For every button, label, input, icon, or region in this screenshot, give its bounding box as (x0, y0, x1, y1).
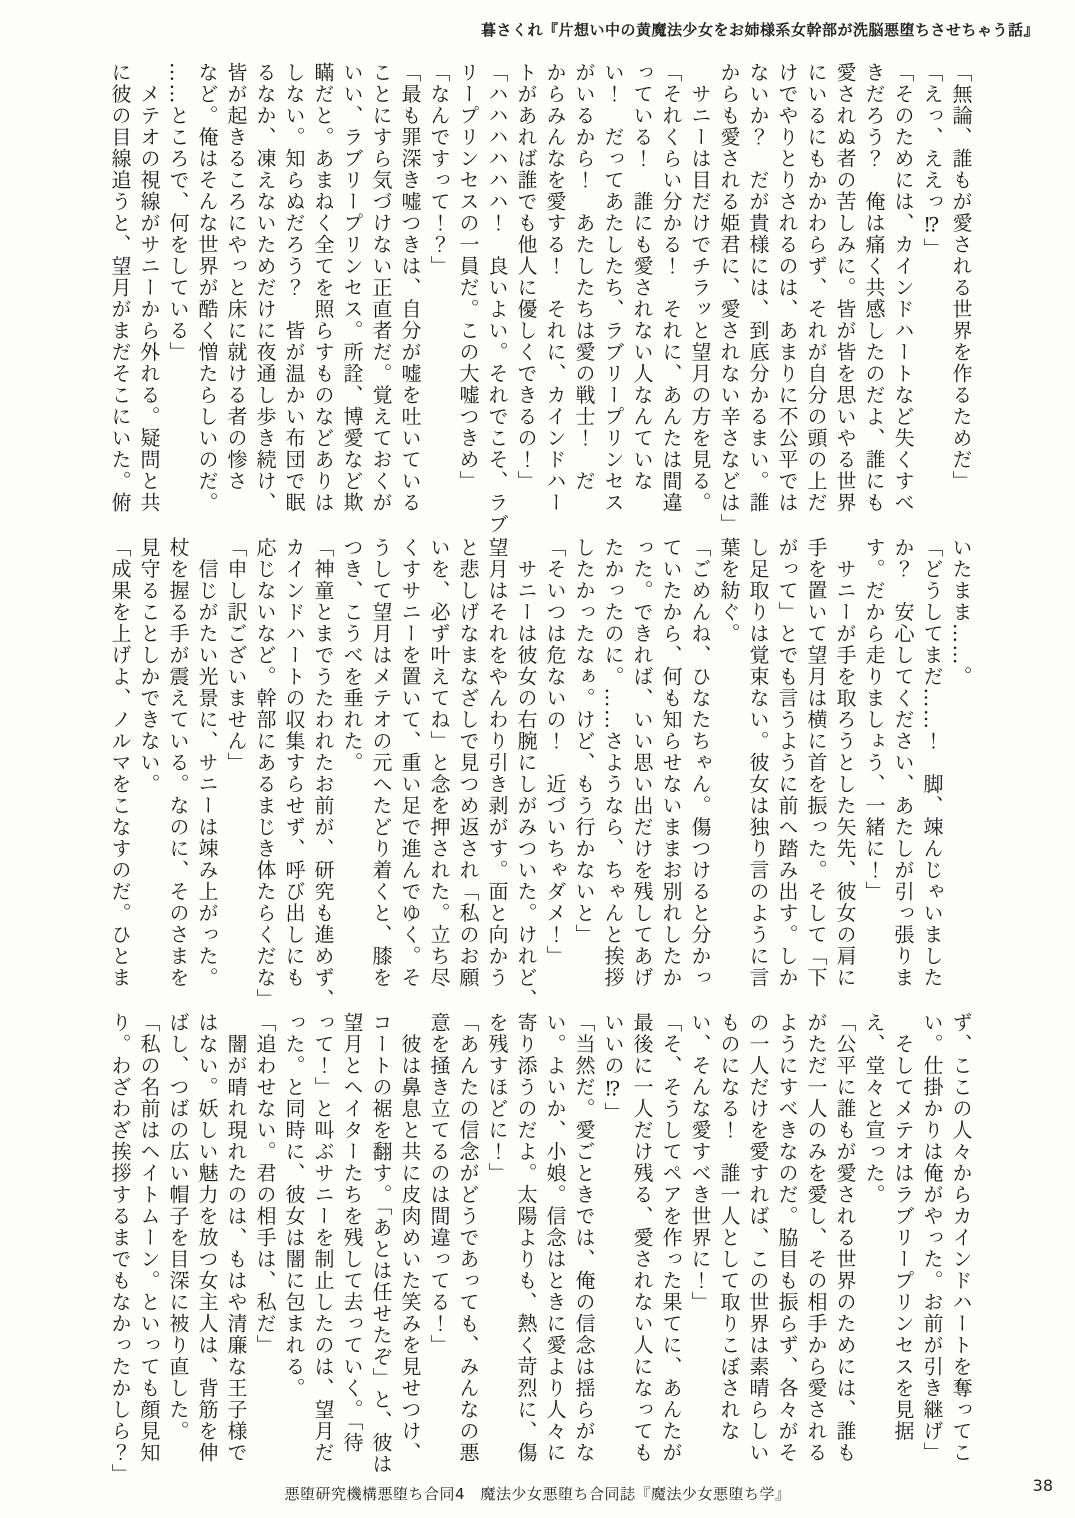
text-column: いいの⁉」 (598, 1012, 627, 1490)
text-column: い。よいか、小娘。信念はときに愛より人々に (540, 1012, 569, 1490)
text-column: 応じないなど。幹部にあるまじき体たらくだな」 (250, 537, 279, 1015)
text-column: ものになる！ 誰一人として取りこぼされな (714, 1012, 743, 1490)
text-column: 見守ることしかできない。 (134, 537, 163, 1015)
text-column: 寄り添うのだよ。太陽よりも、熱く苛烈に、傷 (511, 1012, 540, 1490)
text-column: 「追わせない。君の相手は、私だ」 (250, 1012, 279, 1490)
text-column: 彼は鼻息と共に皮肉めいた笑みを見せつけ、 (395, 1012, 424, 1490)
text-column: 皆が起きるころにやっと床に就ける者の惨さ (221, 62, 250, 540)
text-column: など。俺はそんな世界が酷く憎たらしいのだ。 (192, 62, 221, 540)
text-column: 「当然だ。愛ごときでは、俺の信念は揺らがな (569, 1012, 598, 1490)
text-column: サニーは彼女の右腕にしがみついた。けれど、 (511, 537, 540, 1015)
text-column: いを、必ず叶えてね」と念を押された。立ち尽 (424, 537, 453, 1015)
text-column: い！ だってあたしたち、ラブリープリンセス (598, 62, 627, 540)
text-column: を残すほどに！」 (482, 1012, 511, 1490)
text-column: リープリンセスの一員だ。この大嘘つきめ」 (453, 62, 482, 540)
text-column: 「あんたの信念がどうであっても、みんなの悪 (453, 1012, 482, 1490)
text-column: いたまま……。 (946, 537, 975, 1015)
text-column: 闇が晴れ現れたのは、もはや清廉な王子様で (221, 1012, 250, 1490)
text-column: 望月はそれをやんわり引き剥がす。面と向かう (482, 537, 511, 1015)
text-column: と悲しげなまなざしで見つめ返され「私のお願 (453, 537, 482, 1015)
text-column: たかったのに。……さようなら、ちゃんと挨拶 (598, 537, 627, 1015)
text-column: カインドハートの収集すらせず、呼び出しにも (279, 537, 308, 1015)
text-column: けでやりとりされるのは、あまりに不公平では (772, 62, 801, 540)
text-column: 「無論、誰もが愛される世界を作るためだ」 (946, 62, 975, 540)
text-column: 「私の名前はヘイトムーン。といっても顔見知 (134, 1012, 163, 1490)
text-column: 愛されぬ者の苦しみに。皆が皆を思いやる世界 (830, 62, 859, 540)
text-column: うして望月はメテオの元へたどり着くと、膝を (366, 537, 395, 1015)
text-column: 瞞だと。あまねく全てを照らすものなどありは (308, 62, 337, 540)
text-column: ようにすべきなのだ。脇目も振らず、各々がそ (772, 1012, 801, 1490)
text-column: したかったなぁ。けど、もう行かないと」 (569, 537, 598, 1015)
text-column: ず、ここの人々からカインドハートを奪ってこ (946, 1012, 975, 1490)
text-column: 「えっ、ええっ⁉」 (917, 62, 946, 540)
text-column: って！」と叫ぶサニーを制止したのは、望月だ (308, 1012, 337, 1490)
text-column: った。と同時に、彼女は闇に包まれる。 (279, 1012, 308, 1490)
text-column: 「どうしてまだ……！ 脚、竦んじゃいました (917, 537, 946, 1015)
text-column: 「そいつは危ないの！ 近づいちゃダメ！」 (540, 537, 569, 1015)
text-column: からみんなを愛する！ それに、カインドハー (540, 62, 569, 540)
text-column: しない。知らぬだろう？ 皆が温かい布団で眠 (279, 62, 308, 540)
text-column: 「ごめんね、ひなたちゃん。傷つけると分かっ (685, 537, 714, 1015)
text-column: メテオの視線がサニーから外れる。疑問と共 (134, 62, 163, 540)
text-column: にいるにもかかわらず、それが自分の頭の上だ (801, 62, 830, 540)
text-column: す。だから走りましょう、一緒に！」 (859, 537, 888, 1015)
text-column: からも愛される姫君に、愛されない辛さなどは」 (714, 62, 743, 540)
text-block-bottom: ず、ここの人々からカインドハートを奪ってこい。仕掛かりは俺がやった。お前が引き継… (101, 1012, 975, 1490)
text-column: り。わざわざ挨拶するまでもなかったかしら？」 (105, 1012, 134, 1490)
text-column: ていたから、何も知らせないままお別れしたか (656, 537, 685, 1015)
text-column: の一人だけを愛すれば、この世界は素晴らしい (743, 1012, 772, 1490)
text-column: トがあれば誰でも他人に優しくできるの！」 (511, 62, 540, 540)
text-column: ことにすら気づけない正直者だ。覚えておくが (366, 62, 395, 540)
footer-publication: 悪堕研究機構悪堕ち合同4 魔法少女悪堕ち合同誌『魔法少女悪堕ち学』 (0, 1483, 1075, 1504)
text-column: 杖を握る手が震えている。なのに、そのさまを (163, 537, 192, 1015)
text-column: いい、ラブリープリンセス。所詮、博愛など欺 (337, 62, 366, 540)
text-column: い、そんな愛すべき世界に！」 (685, 1012, 714, 1490)
text-column: コートの裾を翻す。「あとは任せたぞ」と、彼は (366, 1012, 395, 1490)
text-column: 意を掻き立てるのは間違ってる！」 (424, 1012, 453, 1490)
text-column: 「それくらい分かる！ それに、あんたは間違 (656, 62, 685, 540)
text-column: 「最も罪深き嘘つきは、自分が嘘を吐いている (395, 62, 424, 540)
text-column: そしてメテオはラブリープリンセスを見据 (888, 1012, 917, 1490)
header-credit: 暮さくれ『片想い中の黄魔法少女をお姉様系女幹部が洗脳悪堕ちさせちゃう話』 (481, 19, 1039, 40)
text-column: サニーが手を取ろうとした矢先、彼女の肩に (830, 537, 859, 1015)
text-column: 「神童とまでうたわれたお前が、研究も進めず、 (308, 537, 337, 1015)
text-column: に彼の目線追うと、望月がまだそこにいた。俯 (105, 62, 134, 540)
text-column: はない。妖しい魅力を放つ女主人は、背筋を伸 (192, 1012, 221, 1490)
text-column: 「なんですって！？」 (424, 62, 453, 540)
text-column: い。仕掛かりは俺がやった。お前が引き継げ」 (917, 1012, 946, 1490)
text-column: 「成果を上げよ、ノルマをこなすのだ。ひとま (105, 537, 134, 1015)
text-column: がただ一人のみを愛し、その相手から愛される (801, 1012, 830, 1490)
page-number: 38 (1033, 1476, 1053, 1495)
text-column: がいるから！ あたしたちは愛の戦士！ だ (569, 62, 598, 540)
text-column: 「申し訳ございません」 (221, 537, 250, 1015)
text-column: 葉を紡ぐ。 (714, 537, 743, 1015)
text-column: え、堂々と宣った。 (859, 1012, 888, 1490)
text-column: くすサニーを置いて、重い足で進んでゆく。そ (395, 537, 424, 1015)
text-column: 「そのためには、カインドハートなど失くすべ (888, 62, 917, 540)
text-column: がって」とでも言うように前へ踏み出す。しか (772, 537, 801, 1015)
text-column: か？ 安心してください、あたしが引っ張りま (888, 537, 917, 1015)
text-column: 最後に一人だけ残る、愛されない人になっても (627, 1012, 656, 1490)
text-column: 望月とヘイターたちを残して去っていく。「待 (337, 1012, 366, 1490)
text-block-top: 「無論、誰もが愛される世界を作るためだ」「えっ、ええっ⁉」「そのためには、カイン… (101, 62, 975, 540)
document-page: 暮さくれ『片想い中の黄魔法少女をお姉様系女幹部が洗脳悪堕ちさせちゃう話』 「無論… (0, 0, 1075, 1518)
text-column: った。できれば、いい思い出だけを残してあげ (627, 537, 656, 1015)
text-column: 「ハハハハハハ！ 良いよい。それでこそ、ラブ (482, 62, 511, 540)
text-column: 「そ、そうしてペアを作った果てに、あんたが (656, 1012, 685, 1490)
text-column: きだろう？ 俺は痛く共感したのだよ、誰にも (859, 62, 888, 540)
text-column: ないか？ だが貴様には、到底分かるまい。誰 (743, 62, 772, 540)
text-column: るなか、凍えないためだけに夜通し歩き続け、 (250, 62, 279, 540)
text-column: っている！ 誰にも愛されない人なんていな (627, 62, 656, 540)
text-column: し足取りは覚束ない。彼女は独り言のように言 (743, 537, 772, 1015)
text-column: サニーは目だけでチラッと望月の方を見る。 (685, 62, 714, 540)
text-column: 「公平に誰もが愛される世界のためには、誰も (830, 1012, 859, 1490)
text-column: 信じがたい光景に、サニーは竦み上がった。 (192, 537, 221, 1015)
text-column: ばし、つばの広い帽子を目深に被り直した。 (163, 1012, 192, 1490)
text-column: 手を置いて望月は横に首を振った。そして「下 (801, 537, 830, 1015)
text-column: つき、こうべを垂れた。 (337, 537, 366, 1015)
text-column: ……ところで、何をしている」 (163, 62, 192, 540)
text-block-middle: いたまま……。「どうしてまだ……！ 脚、竦んじゃいましたか？ 安心してください、… (101, 537, 975, 1015)
